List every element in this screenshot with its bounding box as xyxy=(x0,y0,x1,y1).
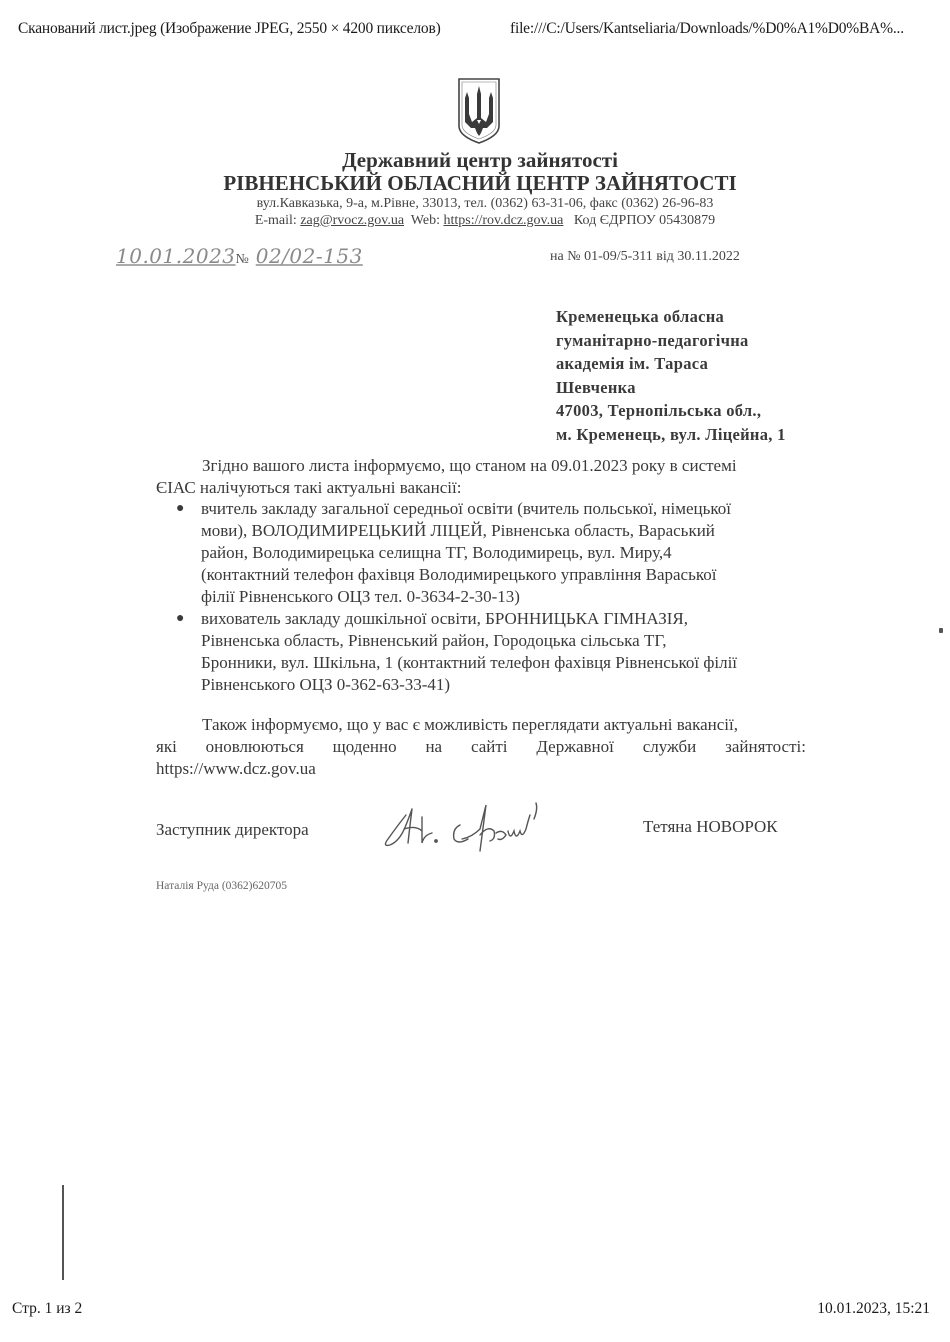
closing-word: щоденно xyxy=(333,736,397,758)
bullet-icon: ● xyxy=(176,498,184,520)
edrpou-code: 05430879 xyxy=(659,213,715,228)
print-header-url: file:///C:/Users/Kantseliaria/Downloads/… xyxy=(510,20,904,38)
intro-paragraph: Згідно вашого листа інформуємо, що стано… xyxy=(156,455,806,499)
web-link[interactable]: https://rov.dcz.gov.ua xyxy=(443,213,563,228)
trident-emblem-icon xyxy=(456,76,502,146)
print-footer-datetime: 10.01.2023, 15:21 xyxy=(817,1300,930,1318)
center-name: РІВНЕНСЬКИЙ ОБЛАСНИЙ ЦЕНТР ЗАЙНЯТОСТІ xyxy=(5,171,950,196)
recipient-line: 47003, Тернопільська обл., xyxy=(556,399,786,423)
web-label: Web: xyxy=(411,213,440,228)
outgoing-reference: 10.01.2023№ 02/02-153 xyxy=(116,244,363,268)
recipient-line: академія ім. Тараса xyxy=(556,352,786,376)
handwritten-signature-icon xyxy=(376,795,576,865)
edrpou-label: Код ЄДРПОУ xyxy=(574,213,656,228)
print-footer-page: Стр. 1 из 2 xyxy=(12,1300,82,1318)
recipient-block: Кременецька обласна гуманітарно-педагогі… xyxy=(556,305,786,446)
incoming-reference: на № 01-09/5-311 від 30.11.2022 xyxy=(550,249,740,265)
outgoing-number: 02/02-153 xyxy=(256,244,363,268)
vacancy-line: мови), ВОЛОДИМИРЕЦЬКИЙ ЛІЦЕЙ, Рівненська… xyxy=(201,520,816,542)
vacancy-line: Рівненська область, Рівненський район, Г… xyxy=(201,630,816,652)
center-address: вул.Кавказька, 9-а, м.Рівне, 33013, тел.… xyxy=(10,196,950,212)
vacancy-line: (контактний телефон фахівця Володимирець… xyxy=(201,564,816,586)
email-link[interactable]: zag@rvocz.gov.ua xyxy=(300,213,404,228)
scan-dot-mark xyxy=(939,628,943,633)
closing-word: які xyxy=(156,736,177,758)
email-label: E-mail: xyxy=(255,213,297,228)
vacancy-item: ● вихователь закладу дошкільної освіти, … xyxy=(176,608,816,696)
recipient-line: м. Кременець, вул. Ліцейна, 1 xyxy=(556,423,786,447)
signatory-name: Тетяна НОВОРОК xyxy=(643,817,778,837)
signatory-position: Заступник директора xyxy=(156,820,309,840)
closing-line-justified: якіоновлюютьсящоденнонасайтіДержавноїслу… xyxy=(156,736,806,758)
dcz-website-link[interactable]: https://www.dcz.gov.ua xyxy=(156,758,806,780)
recipient-line: Кременецька обласна xyxy=(556,305,786,329)
closing-word: служби xyxy=(643,736,697,758)
closing-word: зайнятості: xyxy=(725,736,806,758)
center-contacts: E-mail: zag@rvocz.gov.ua Web: https://ro… xyxy=(10,213,950,229)
vacancy-item: ● вчитель закладу загальної середньої ос… xyxy=(176,498,816,608)
vacancy-line: Бронники, вул. Шкільна, 1 (контактний те… xyxy=(201,652,816,674)
closing-line: Також інформуємо, що у вас є можливість … xyxy=(156,714,806,736)
agency-name: Державний центр зайнятості xyxy=(5,148,950,173)
outgoing-date: 10.01.2023 xyxy=(116,244,236,268)
vacancy-line: вчитель закладу загальної середньої осві… xyxy=(201,498,816,520)
closing-word: Державної xyxy=(536,736,614,758)
vacancy-line: філії Рівненського ОЦЗ тел. 0-3634-2-30-… xyxy=(201,586,816,608)
intro-line: Згідно вашого листа інформуємо, що стано… xyxy=(156,455,806,477)
vacancy-line: Рівненського ОЦЗ 0-362-63-33-41) xyxy=(201,674,816,696)
number-sign: № xyxy=(236,252,249,267)
closing-word: сайті xyxy=(471,736,508,758)
closing-paragraph: Також інформуємо, що у вас є можливість … xyxy=(156,714,806,780)
recipient-line: Шевченка xyxy=(556,376,786,400)
vacancy-line: вихователь закладу дошкільної освіти, БР… xyxy=(201,608,816,630)
executor-contact: Наталія Руда (0362)620705 xyxy=(156,880,287,892)
print-header-title: Сканований лист.jpeg (Изображение JPEG, … xyxy=(18,20,441,38)
recipient-line: гуманітарно-педагогічна xyxy=(556,329,786,353)
closing-word: оновлюються xyxy=(206,736,304,758)
closing-word: на xyxy=(425,736,442,758)
bullet-icon: ● xyxy=(176,608,184,630)
vacancy-line: район, Володимирецька селищна ТГ, Володи… xyxy=(201,542,816,564)
scan-margin-line xyxy=(62,1185,64,1280)
intro-line: ЄІАС налічуються такі актуальні вакансії… xyxy=(156,477,806,499)
